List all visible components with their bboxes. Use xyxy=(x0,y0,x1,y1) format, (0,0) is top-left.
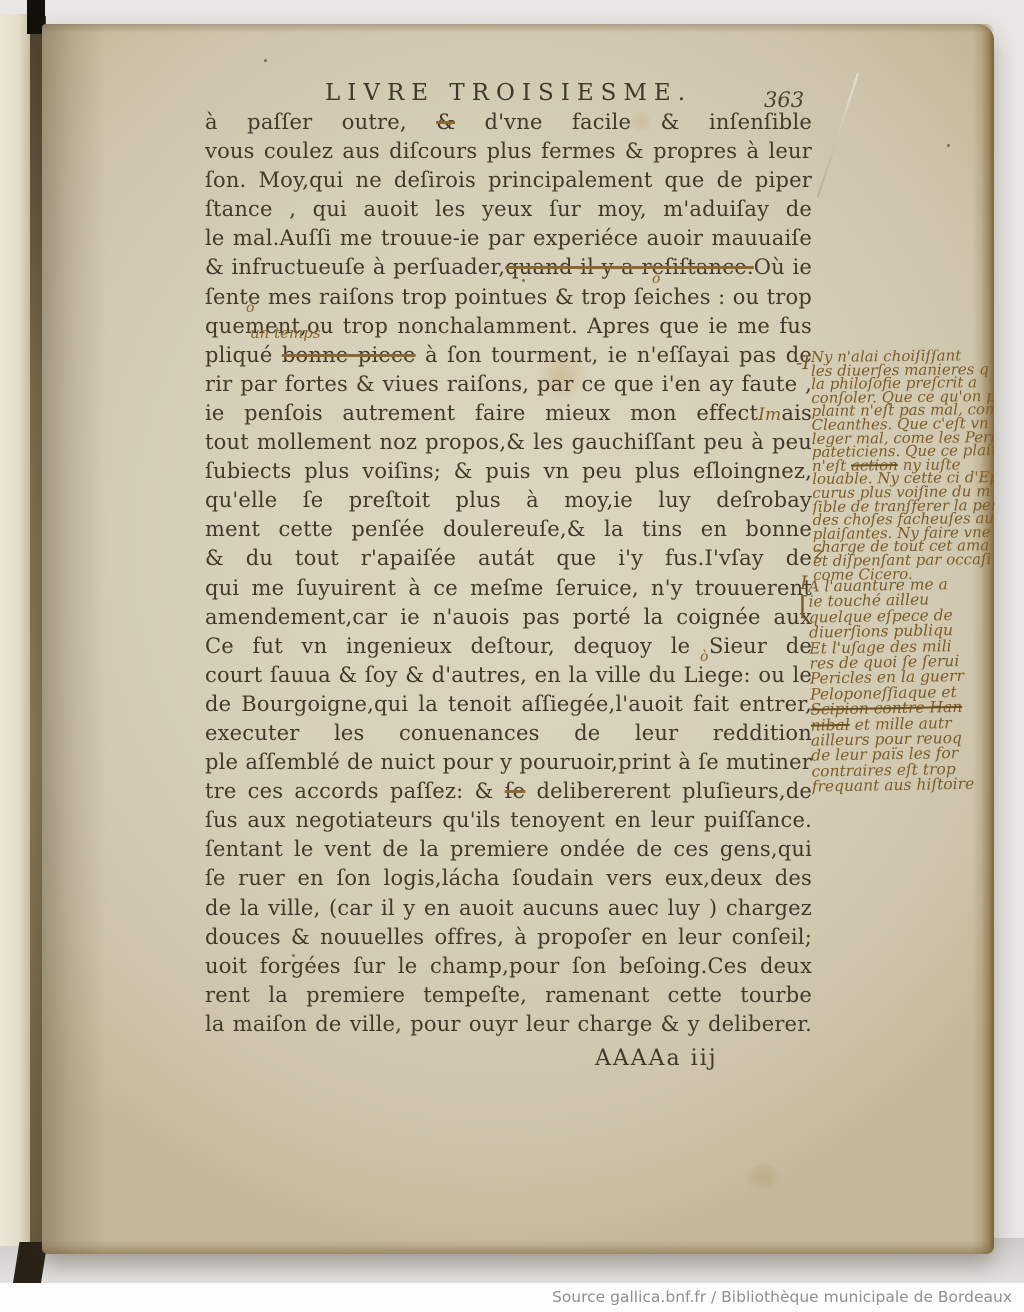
page-bottom-edge xyxy=(42,1240,994,1254)
insertion-mark: [ xyxy=(799,592,809,622)
accent-mark: ò xyxy=(700,649,708,665)
page-stain xyxy=(742,1164,784,1190)
body-line: rent la premiere tempeſte, ramenant cett… xyxy=(205,981,812,1010)
source-attribution-bar: Source gallica.bnf.fr / Bibliothèque mun… xyxy=(0,1283,1024,1312)
body-line: le mal.Auſſi me trouue-ie par experiéce … xyxy=(205,224,812,253)
body-line: vous coulez aus diſcours plus fermes & p… xyxy=(205,137,812,166)
interlinear-addition: un temps xyxy=(250,324,321,342)
body-line: ple aſſemblé de nuict pour y pouruoir,pr… xyxy=(205,748,812,777)
page-gutter-shadow xyxy=(42,24,106,1254)
body-line: tre ces accords paſſez: & ſe delibereren… xyxy=(205,777,812,806)
margin-note-1: Ny n'alai choiſiſſantles diuerſes manier… xyxy=(811,349,995,582)
body-line: qu'elle ſe preſtoit plus à moy,ie luy de… xyxy=(205,486,812,515)
body-line: ſus aux negotiateurs qu'ils tenoyent en … xyxy=(205,806,812,835)
body-line: ſon. Moy,qui ne deſirois principalement … xyxy=(205,166,812,195)
body-text: à paſſer outre, & d'vne facile & inſenſi… xyxy=(205,108,812,1039)
page-top-edge xyxy=(42,24,994,33)
body-line: ment cette penſée doulereuſe,& la tins e… xyxy=(205,515,812,544)
accent-mark: ò xyxy=(652,271,660,287)
body-line: tout mollement noz propos,& les gauchiſſ… xyxy=(205,428,812,457)
running-head: LIVRE TROISIESME. xyxy=(205,80,812,106)
body-line: ſentant le vent de la premiere ondée de … xyxy=(205,835,812,864)
body-line: la maiſon de ville, pour ouyr leur charg… xyxy=(205,1010,812,1039)
body-line: qui me ſuyuirent à ce meſme ſeruice, n'y… xyxy=(205,574,812,603)
body-line: douces & nouuelles offres, à propoſer en… xyxy=(205,923,812,952)
margin-line: frequant aus hiſtoire xyxy=(812,776,994,795)
accent-mark: ò xyxy=(246,300,254,316)
body-line: ſtance , qui auoit les yeux ſur moy, m'a… xyxy=(205,195,812,224)
margin-note-2: A l'auanture me aie touché ailleuquelque… xyxy=(808,576,994,795)
body-line: rir par fortes & viues raiſons, par ce q… xyxy=(205,370,812,399)
body-line: de Bourgoigne,qui la tenoit aſſiegée,l'a… xyxy=(205,690,812,719)
signature-mark: AAAAa iij xyxy=(595,1046,718,1071)
body-line: Ce fut vn ingenieux deſtour, dequoy le S… xyxy=(205,632,812,661)
page-speck xyxy=(264,59,267,62)
source-attribution-text: Source gallica.bnf.fr / Bibliothèque mun… xyxy=(552,1283,1012,1312)
scanned-book-viewer: LIVRE TROISIESME. 363 à paſſer outre, & … xyxy=(0,0,1024,1312)
body-line: à paſſer outre, & d'vne facile & inſenſi… xyxy=(205,108,812,137)
body-line: ie penſois autrement faire mieux mon eff… xyxy=(205,399,812,428)
body-line: ſe ruer en ſon logis,lácha ſoudain vers … xyxy=(205,864,812,893)
body-line: ſubiects plus voiſins; & puis vn peu plu… xyxy=(205,457,812,486)
body-line: amendement,car ie n'auois pas porté la c… xyxy=(205,603,812,632)
book-page: LIVRE TROISIESME. 363 à paſſer outre, & … xyxy=(42,24,994,1254)
body-line: & infructueuſe à perſuader,quand il y a … xyxy=(205,253,812,282)
paper-crease xyxy=(817,73,859,197)
facing-page-edge xyxy=(0,14,32,1246)
body-line: executer les conuenances de leur redditi… xyxy=(205,719,812,748)
insertion-mark: -I xyxy=(796,352,810,374)
body-line: pliqué bonne piece à ſon tourment, ie n'… xyxy=(205,341,812,370)
body-line: ſente mes raiſons trop pointues & trop ſ… xyxy=(205,283,812,312)
insertion-mark: I xyxy=(800,572,808,594)
body-line: uoit forgées ſur le champ,pour ſon beſoi… xyxy=(205,952,812,981)
body-line: de la ville, (car il y en auoit aucuns a… xyxy=(205,894,812,923)
page-speck xyxy=(947,144,950,147)
body-line: & du tout r'apaiſée autát que i'y fus.I'… xyxy=(205,544,812,573)
insertion-mark: z xyxy=(814,542,824,564)
body-line: court ſauua & ſoy & d'autres, en la vill… xyxy=(205,661,812,690)
